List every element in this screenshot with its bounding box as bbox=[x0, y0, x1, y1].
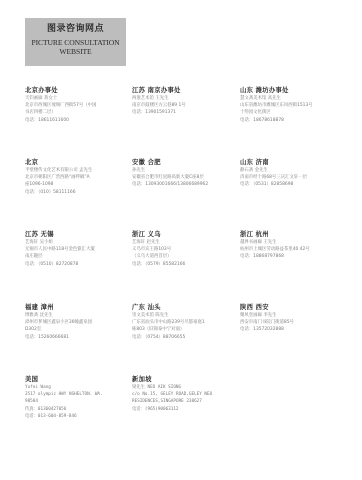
entry-address: 3517 olympic HWY NSHELTON. WA. bbox=[25, 391, 137, 398]
title-english-line1: PICTURE CONSULTATION bbox=[25, 38, 126, 47]
entry-address-cont: 书店四楼二层） bbox=[25, 109, 137, 116]
entry-heading: 山东 潍坊办事处 bbox=[240, 86, 352, 95]
entry-address: 北京市朝阳区广营西路“画呼稿”A bbox=[25, 174, 137, 181]
entry-contact: Yufei Wang bbox=[25, 384, 137, 391]
entry-phone: 电话：（0579）85582166 bbox=[132, 261, 244, 268]
entry-phone: 电话：（0531）82858698 bbox=[240, 181, 352, 188]
entry-address-cont: （义乌大道西首层） bbox=[132, 253, 244, 260]
contact-entry-beijing-office: 北京办事处 天钧画廊 蒋女士 北京市西城区琉璃厂西街57号（中国 书店四楼二层）… bbox=[25, 86, 137, 124]
contact-entry-jinan: 山东 济南 静石斋 金先生 济南市经十路68号三庆汇文轩一层 电话：（0531）… bbox=[240, 158, 352, 189]
entry-address-cont: 栋803（旧锦泰中宁对面） bbox=[132, 326, 244, 333]
contact-entry-hangzhou: 浙江 杭州 越界书画廊 王先生 杭州市上城区劳动路益茶里40 42号 电话：18… bbox=[240, 230, 352, 261]
title-english-line2: WEBSITE bbox=[25, 47, 126, 56]
entry-contact: 两淮艺术馆 王先生 bbox=[132, 95, 244, 102]
entry-address: c/o No.15, GELEY ROAD,GELEY NEO bbox=[132, 391, 244, 398]
entry-address: 南京市鼓楼区方云巷89 1号 bbox=[132, 102, 244, 109]
entry-phone: 电话：15260666681 bbox=[25, 334, 137, 341]
contact-entry-yiwu: 浙江 义乌 艺海轩 赵先生 义乌市宾王路103号 （义乌大道西首层） 电话：（0… bbox=[132, 230, 244, 268]
entry-phone: 电话：013-604-859-846 bbox=[25, 413, 137, 420]
contact-entry-shantou: 广东 汕头 崇文美术馆 陈先生 广东省汕头市中山路239号尽都豪庭1 栋803（… bbox=[132, 303, 244, 341]
title-banner: 图录咨询网点 PICTURE CONSULTATION WEBSITE bbox=[25, 18, 126, 66]
entry-address: 北京市西城区琉璃厂西街57号（中国 bbox=[25, 102, 137, 109]
entry-contact: 崇文美术馆 陈先生 bbox=[132, 312, 244, 319]
entry-phone: 电话：18868797868 bbox=[240, 253, 352, 260]
entry-address: 义乌市宾王路103号 bbox=[132, 246, 244, 253]
entry-heading: 新加坡 bbox=[132, 375, 244, 384]
entry-contact: 孙先生 bbox=[132, 167, 244, 174]
entry-address: 安徽省合肥市红星路高新大厦C座8层 bbox=[132, 174, 244, 181]
entry-contact: 艺海轩 赵先生 bbox=[132, 239, 244, 246]
contact-entry-singapore: 新加坡 梁先生 NEO AIK SIONG c/o No.15, GELEY R… bbox=[132, 375, 244, 413]
entry-heading: 江苏 无锡 bbox=[25, 230, 137, 239]
entry-address-cont: D302室 bbox=[25, 326, 137, 333]
entry-heading: 福建 漳州 bbox=[25, 303, 137, 312]
contact-entry-hefei: 安徽 合肥 孙先生 安徽省合肥市红星路高新大厦C座8层 电话：130930016… bbox=[132, 158, 244, 189]
entry-phone: 电话：13093001666/13806689962 bbox=[132, 181, 244, 188]
entry-phone: 电话：（0510）82720878 bbox=[25, 261, 137, 268]
entry-heading: 美国 bbox=[25, 375, 137, 384]
entry-heading: 陕西 西安 bbox=[240, 303, 352, 312]
entry-heading: 北京办事处 bbox=[25, 86, 137, 95]
entry-contact: 梁先生 NEO AIK SIONG bbox=[132, 384, 244, 391]
contact-entry-weifang-office: 山东 潍坊办事处 慧文斋美术馆 高先生 山东省潍坊市潍城区东风西街1513号 十… bbox=[240, 86, 352, 124]
entry-heading: 浙江 杭州 bbox=[240, 230, 352, 239]
entry-phone: 电话：13572032888 bbox=[240, 326, 352, 333]
entry-heading: 北京 bbox=[25, 158, 137, 167]
contact-entry-wuxi: 江苏 无锡 艺海轩 吴小姐 无锡市人民中路118号金色银汇大厦 南庄趣层 电话：… bbox=[25, 230, 137, 268]
entry-address-cont: 98584 bbox=[25, 398, 137, 405]
entry-contact: 越界书画廊 王先生 bbox=[240, 239, 352, 246]
entry-contact: 博雅斋 沈先生 bbox=[25, 312, 137, 319]
entry-contact: 慧文斋美术馆 高先生 bbox=[240, 95, 352, 102]
entry-address-cont: RESIDENCES,SINGAPORE 238627 bbox=[132, 398, 244, 405]
entry-phone: 电话：18611611600 bbox=[25, 117, 137, 124]
contact-entry-usa: 美国 Yufei Wang 3517 olympic HWY NSHELTON.… bbox=[25, 375, 137, 420]
entry-phone: 电话：（0754）88706655 bbox=[132, 334, 244, 341]
entry-heading: 江苏 南京办事处 bbox=[132, 86, 244, 95]
entry-address: 济南市经十路68号三庆汇文轩一层 bbox=[240, 174, 352, 181]
entry-contact: 半壁楼传文化艺术有限公司 孟先生 bbox=[25, 167, 137, 174]
contact-entry-nanjing-office: 江苏 南京办事处 两淮艺术馆 王先生 南京市鼓楼区方云巷89 1号 电话：139… bbox=[132, 86, 244, 117]
entry-phone: 电话：18678618878 bbox=[240, 117, 352, 124]
entry-address-cont: 南庄趣层 bbox=[25, 253, 137, 260]
entry-heading: 浙江 义乌 bbox=[132, 230, 244, 239]
entry-phone: 电话：(965)90063112 bbox=[132, 406, 244, 413]
entry-phone: 电话：（010）58111166 bbox=[25, 189, 137, 196]
entry-heading: 广东 汕头 bbox=[132, 303, 244, 312]
entry-address: 山东省潍坊市潍城区东风西街1513号 bbox=[240, 102, 352, 109]
entry-address: 杭州市上城区劳动路益茶里40 42号 bbox=[240, 246, 352, 253]
entry-contact: 艺海轩 吴小姐 bbox=[25, 239, 137, 246]
entry-fax: 传真：01360427056 bbox=[25, 406, 137, 413]
entry-heading: 安徽 合肥 bbox=[132, 158, 244, 167]
entry-heading: 山东 济南 bbox=[240, 158, 352, 167]
title-chinese: 图录咨询网点 bbox=[25, 24, 126, 35]
entry-address: 无锡市人民中路118号金色银汇大厦 bbox=[25, 246, 137, 253]
contact-entry-zhangzhou: 福建 漳州 博雅斋 沈先生 漳州市芗城区鑫泉小区36幢鑫泉园 D302室 电话：… bbox=[25, 303, 137, 341]
contact-entry-xian: 陕西 西安 聚风堂画廊 李先生 西安市南门书院门街道85号 电话：1357203… bbox=[240, 303, 352, 334]
entry-address: 漳州市芗城区鑫泉小区36幢鑫泉园 bbox=[25, 319, 137, 326]
entry-phone: 电话：13901591371 bbox=[132, 109, 244, 116]
entry-address: 西安市南门书院门街道85号 bbox=[240, 319, 352, 326]
entry-address-cont: 座1096-1098 bbox=[25, 181, 137, 188]
entry-contact: 天钧画廊 蒋女士 bbox=[25, 95, 137, 102]
entry-contact: 静石斋 金先生 bbox=[240, 167, 352, 174]
entry-address-cont: 十笏园文化街区 bbox=[240, 109, 352, 116]
entry-contact: 聚风堂画廊 李先生 bbox=[240, 312, 352, 319]
entry-address: 广东省汕头市中山路239号尽都豪庭1 bbox=[132, 319, 244, 326]
contact-entry-beijing: 北京 半壁楼传文化艺术有限公司 孟先生 北京市朝阳区广营西路“画呼稿”A 座10… bbox=[25, 158, 137, 196]
